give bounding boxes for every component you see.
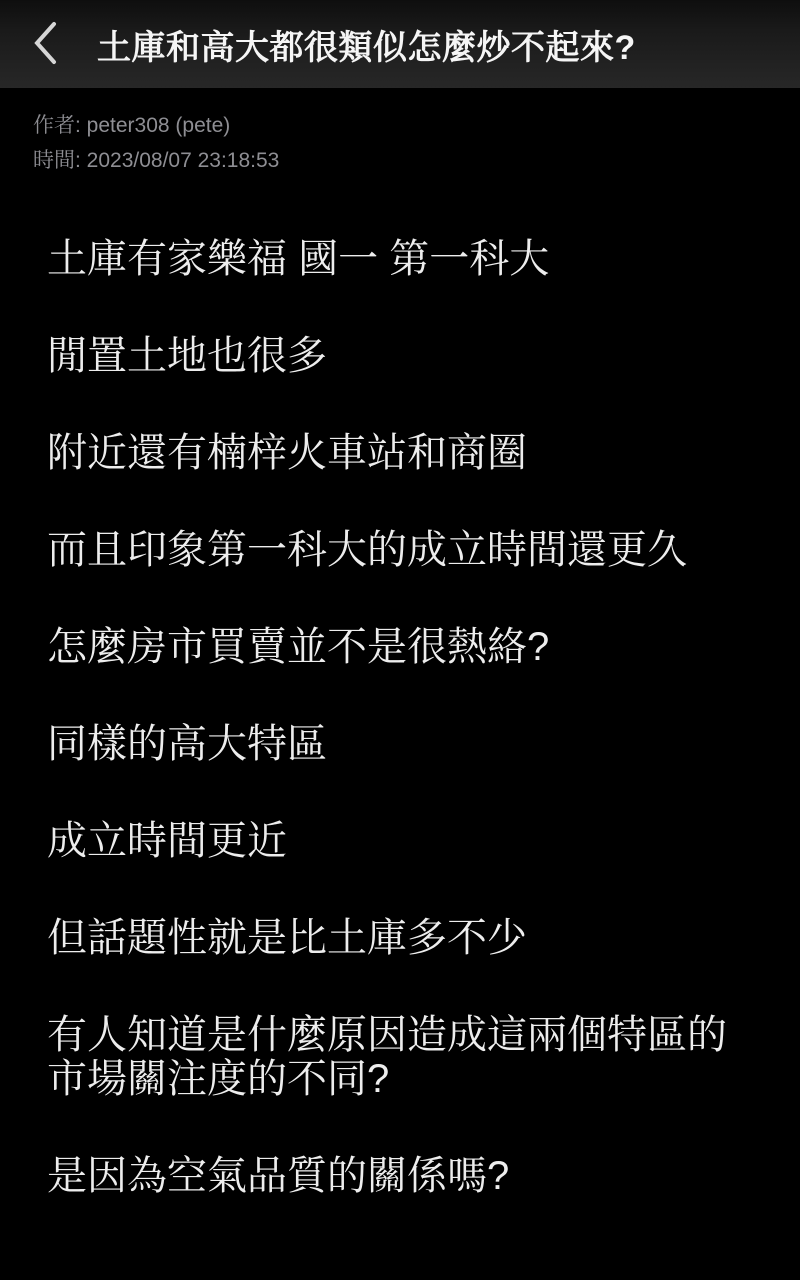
post-paragraph: 有人知道是什麼原因造成這兩個特區的市場關注度的不同? xyxy=(47,1013,747,1101)
post-paragraph: 怎麼房市買賣並不是很熱絡? xyxy=(47,625,747,669)
post-meta: 作者: peter308 (pete) 時間: 2023/08/07 23:18… xyxy=(0,88,800,178)
post-paragraph: 閒置土地也很多 xyxy=(47,334,747,378)
post-paragraph: 土庫有家樂福 國一 第一科大 xyxy=(47,237,747,281)
post-paragraph: 同樣的高大特區 xyxy=(47,722,747,766)
post-detail-screen: 土庫和高大都很類似怎麼炒不起來? 作者: peter308 (pete) 時間:… xyxy=(0,0,800,1280)
post-paragraph: 但話題性就是比土庫多不少 xyxy=(47,916,747,960)
navigation-bar: 土庫和高大都很類似怎麼炒不起來? xyxy=(0,0,800,88)
post-paragraph: 成立時間更近 xyxy=(47,819,747,863)
back-button[interactable] xyxy=(33,21,59,67)
post-paragraph: 附近還有楠梓火車站和商圈 xyxy=(47,431,747,475)
post-paragraph: 而且印象第一科大的成立時間還更久 xyxy=(47,528,747,572)
time-line: 時間: 2023/08/07 23:18:53 xyxy=(33,143,767,178)
post-body: 土庫有家樂福 國一 第一科大 閒置土地也很多 附近還有楠梓火車站和商圈 而且印象… xyxy=(0,178,800,1198)
post-paragraph: 是因為空氣品質的關係嗎? xyxy=(47,1154,747,1198)
chevron-left-icon xyxy=(34,21,58,68)
post-title: 土庫和高大都很類似怎麼炒不起來? xyxy=(97,20,636,69)
author-line: 作者: peter308 (pete) xyxy=(33,108,767,143)
